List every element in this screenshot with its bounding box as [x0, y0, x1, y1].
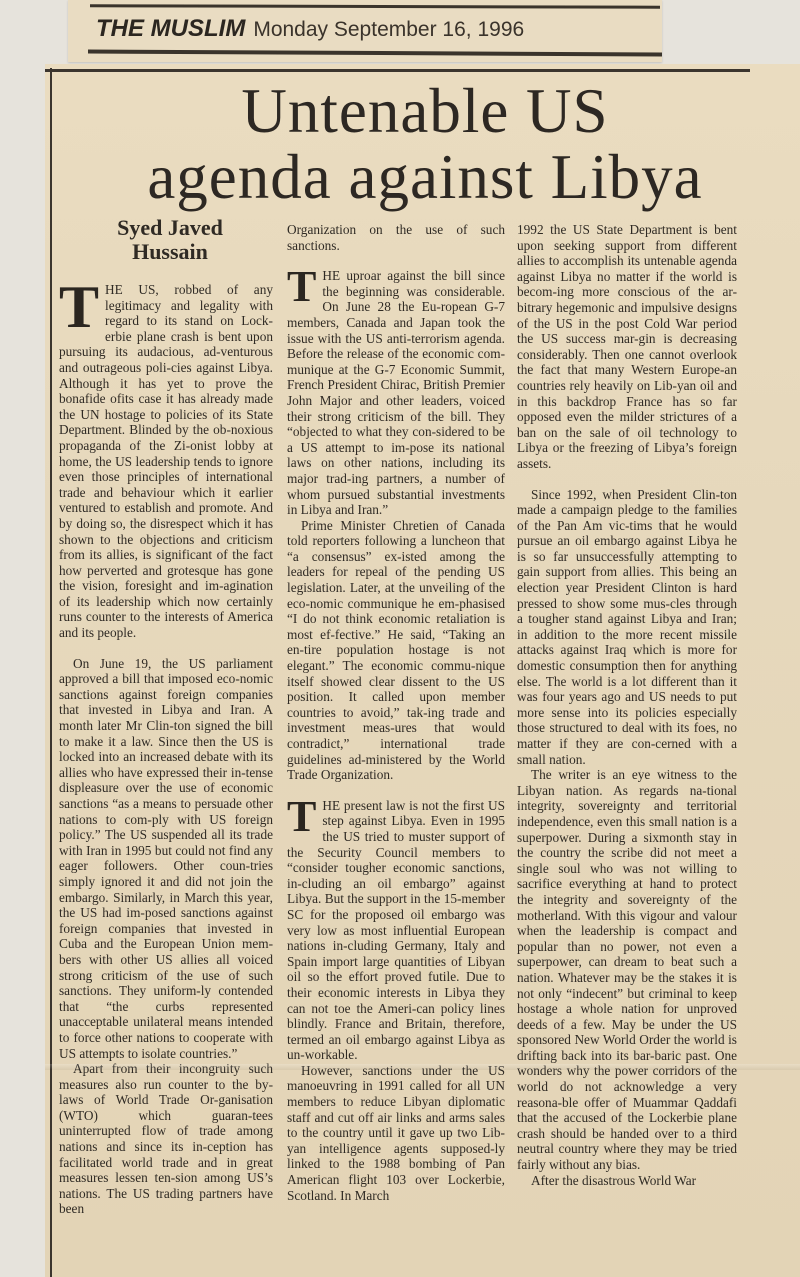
paragraph: On June 19, the US parliament approved a… — [59, 656, 273, 1061]
masthead-clipping: THE MUSLIM Monday September 16, 1996 — [68, 0, 662, 62]
masthead-bottom-rule — [88, 49, 662, 56]
article-column-2: Organization on the use of such sanction… — [287, 222, 505, 1203]
paragraph-text: HE uproar against the bill since the beg… — [287, 268, 505, 517]
publication-date: Monday September 16, 1996 — [253, 18, 524, 41]
paragraph: 1992 the US State Department is bent upo… — [517, 222, 737, 472]
author-first-name: Syed Javed — [117, 215, 223, 240]
paragraph: Since 1992, when President Clin-ton made… — [517, 487, 737, 768]
article-clipping: Untenable US agenda against Libya Syed J… — [45, 64, 800, 1277]
article-column-3: 1992 the US State Department is bent upo… — [517, 222, 737, 1188]
newspaper-name: THE MUSLIM — [96, 15, 245, 42]
article-left-rule — [50, 68, 52, 1277]
paragraph: THE US, robbed of any legitimacy and leg… — [59, 282, 273, 641]
paragraph: Prime Minister Chretien of Canada told r… — [287, 518, 505, 783]
drop-cap: T — [59, 284, 99, 330]
paragraph: The writer is an eye witness to the Liby… — [517, 767, 737, 1172]
paragraph: THE uproar against the bill since the be… — [287, 268, 505, 518]
paper-fold — [45, 1064, 800, 1070]
article-column-1: THE US, robbed of any legitimacy and leg… — [59, 282, 273, 1217]
paragraph: However, sanctions under the US manoeuvr… — [287, 1063, 505, 1203]
paragraph-text: HE present law is not the first US step … — [287, 798, 505, 1063]
masthead-top-rule — [90, 4, 660, 8]
drop-cap: T — [287, 270, 316, 304]
paragraph: After the disastrous World War — [517, 1173, 737, 1189]
masthead: THE MUSLIM Monday September 16, 1996 — [96, 15, 524, 43]
paragraph: Organization on the use of such sanction… — [287, 222, 505, 253]
headline-line-1: Untenable US — [241, 76, 608, 146]
paragraph: THE present law is not the first US step… — [287, 798, 505, 1063]
headline: Untenable US agenda against Libya — [85, 78, 765, 210]
drop-cap: T — [287, 800, 316, 834]
headline-line-2: agenda against Libya — [147, 142, 702, 212]
byline: Syed Javed Hussain — [55, 216, 285, 264]
article-top-rule — [45, 69, 750, 72]
paragraph: Apart from their incongruity such measur… — [59, 1061, 273, 1217]
author-last-name: Hussain — [132, 239, 208, 264]
